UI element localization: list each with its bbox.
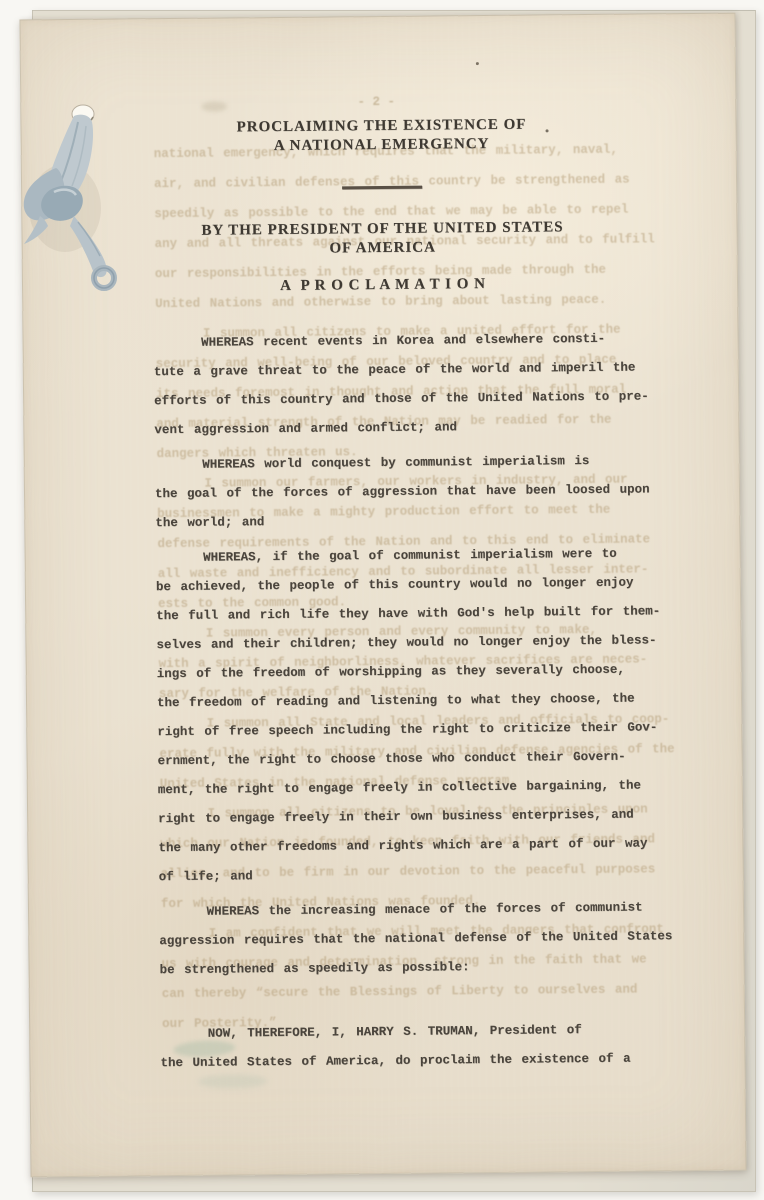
paragraph-whereas-world-conquest: WHEREAS world conquest by communist impe… xyxy=(155,446,678,538)
body-line: aggression requires that the national de… xyxy=(159,922,681,956)
body-line: the many other freedoms and rights which… xyxy=(158,829,680,863)
body-line: the world; and xyxy=(155,504,677,538)
body-line: the goal of the forces of aggression tha… xyxy=(155,475,677,509)
ink-speck xyxy=(476,62,479,65)
bleedthrough-page-number: - 2 - xyxy=(251,94,501,110)
document-scan: 4 - 2 - national emergency, which requir… xyxy=(0,0,764,1200)
ribbon-fastener xyxy=(20,98,130,298)
body-line: of life; and xyxy=(159,858,681,892)
body-line xyxy=(160,980,682,1014)
body-line: vent aggression and armed conflict; and xyxy=(154,411,676,445)
paragraph-whereas-freedoms: WHEREAS, if the goal of communist imperi… xyxy=(156,539,681,892)
paragraph-whereas-korea: WHEREAS recent events in Korea and elsew… xyxy=(153,324,676,445)
paragraph-whereas-menace: WHEREAS the increasing menace of the for… xyxy=(159,893,682,1014)
bleedthrough-line: air, and civilian defenses of this count… xyxy=(154,164,669,199)
body-line: efforts of this country and those of the… xyxy=(154,382,676,416)
paper-smudge xyxy=(201,101,227,111)
paragraph-now-therefore: NOW, THEREFORE, I, HARRY S. TRUMAN, Pres… xyxy=(160,1015,683,1078)
proclamation-body: WHEREAS recent events in Korea and elsew… xyxy=(153,324,682,1078)
body-line: the United States of America, do proclai… xyxy=(160,1044,682,1078)
